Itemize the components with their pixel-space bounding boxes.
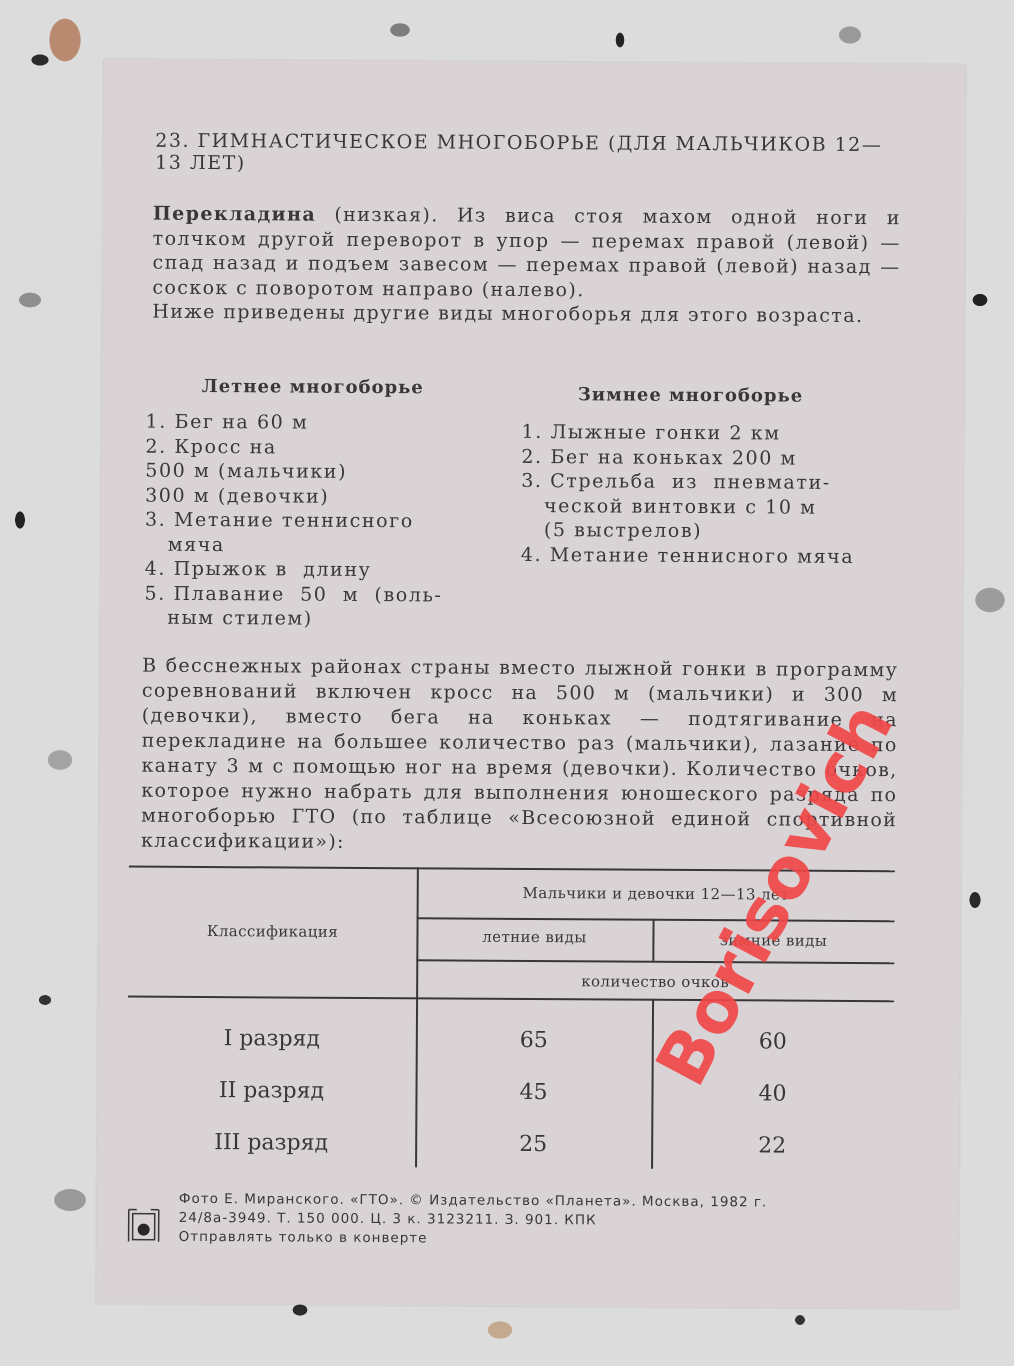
summer-list: 1. Бег на 60 м2. Кросс на500 м (мальчики… [144,410,443,632]
intro-lead: Перекладина [153,203,316,226]
list-item: 2. Бег на коньках 200 м [521,444,855,471]
list-item: 3. Метание теннисного [145,508,443,534]
summer-points-cell: 25 [415,1131,651,1157]
list-item: 3. Стрельба из пневмати- [521,469,855,496]
intro-note: Ниже приведены другие виды многоборья дл… [152,301,863,327]
list-item: мяча [145,532,443,558]
header-points: количество очков [416,971,894,992]
list-item: 4. Прыжок в длину [145,557,443,583]
summer-points-cell: 45 [415,1079,651,1105]
rank-cell: III разряд [127,1130,415,1157]
list-item: 1. Бег на 60 м [146,410,444,436]
list-item: ческой винтовки с 10 м [521,493,855,520]
footer-line-3: Отправлять только в конверте [179,1228,899,1251]
header-summer: летние виды [416,927,652,946]
list-item: ным стилем) [144,606,442,632]
winter-list: 1. Лыжные гонки 2 км2. Бег на коньках 20… [521,420,855,569]
summer-heading: Летнее многоборье [202,376,424,398]
publisher-logo-icon [127,1206,161,1244]
summer-points-cell: 65 [416,1027,652,1053]
list-item: 300 м (девочки) [145,483,443,509]
rank-cell: II разряд [127,1078,415,1105]
intro-paragraph: Перекладина (низкая). Из виса стоя махом… [152,202,901,329]
publisher-footer: Фото Е. Миранского. «ГТО». © Издательств… [179,1190,899,1251]
list-item: 4. Метание теннисного мяча [521,542,855,569]
postcard: 23. ГИМНАСТИЧЕСКОЕ МНОГОБОРЬЕ (ДЛЯ МАЛЬЧ… [96,59,966,1308]
header-classification: Классификация [128,922,416,942]
list-item: 5. Плавание 50 м (воль- [144,581,442,607]
rank-cell: I разряд [128,1026,416,1053]
list-item: 1. Лыжные гонки 2 км [521,420,855,447]
card-title: 23. ГИМНАСТИЧЕСКОЕ МНОГОБОРЬЕ (ДЛЯ МАЛЬЧ… [155,130,903,179]
list-item: 2. Кросс на [145,434,443,460]
list-item: 500 м (мальчики) [145,459,443,485]
list-item: (5 выстрелов) [521,518,855,545]
winter-heading: Зимнее многоборье [578,384,804,406]
winter-points-cell: 22 [651,1133,893,1159]
